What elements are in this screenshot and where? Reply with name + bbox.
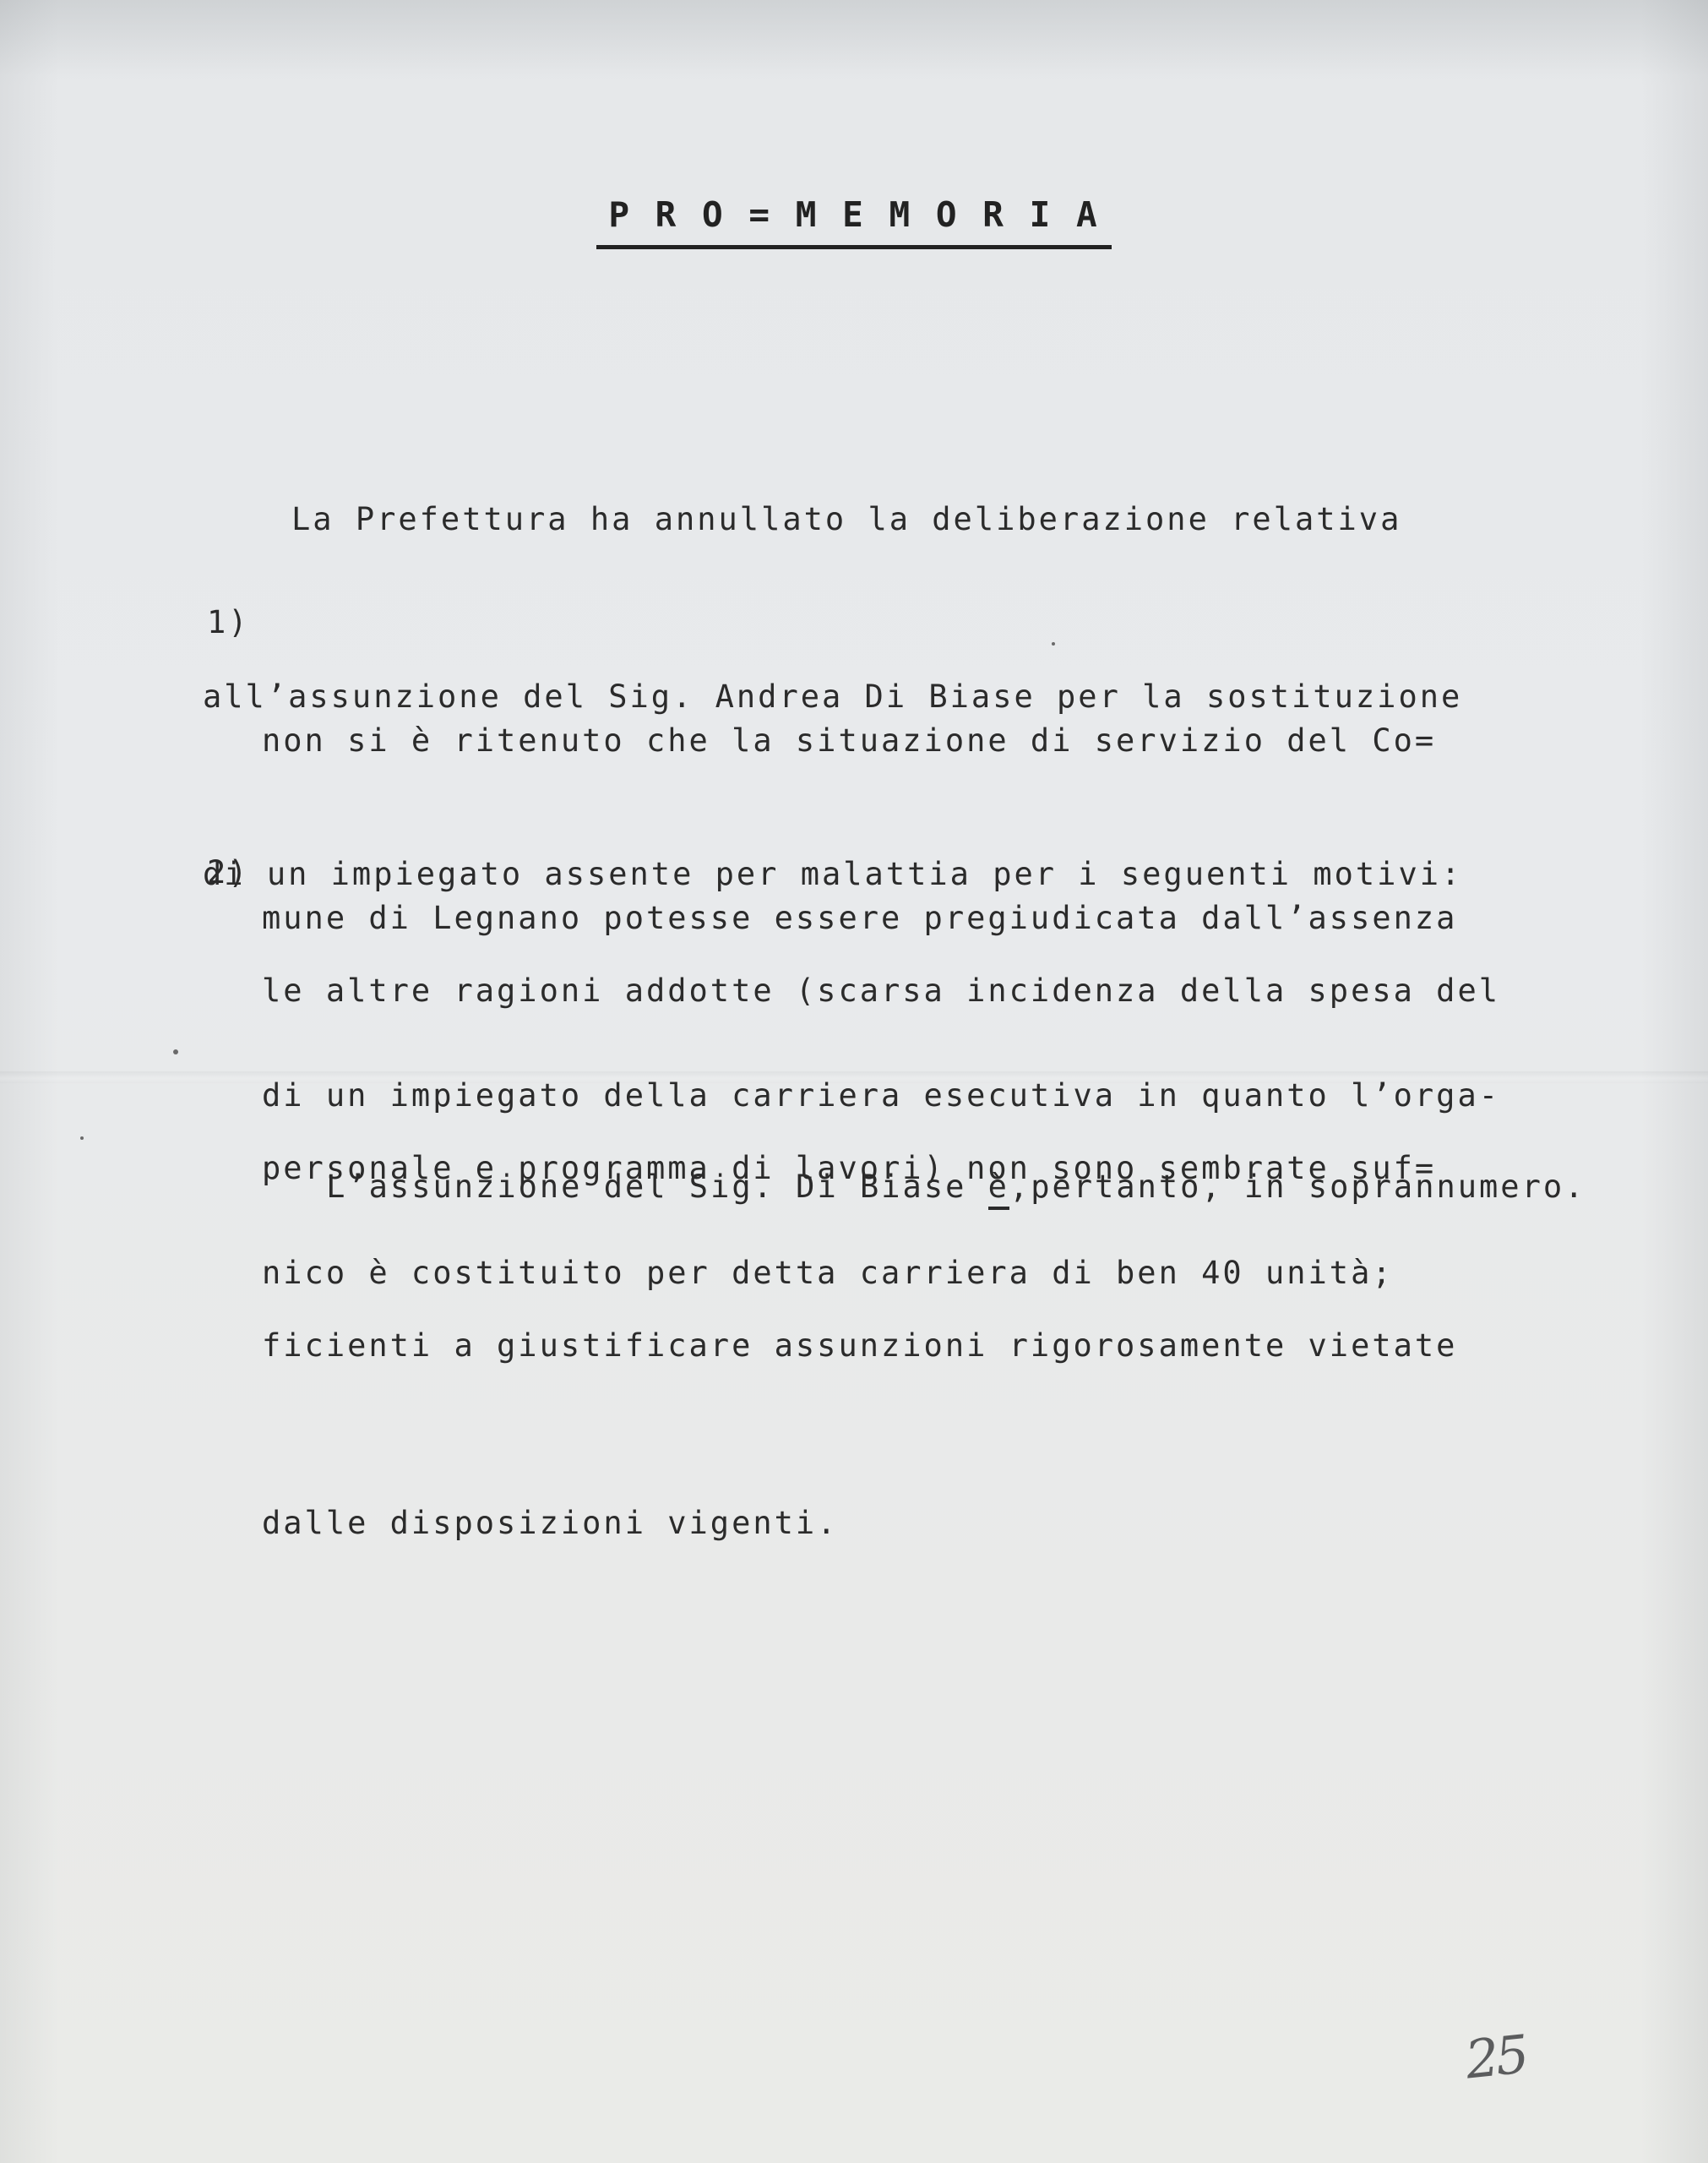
- paper-speck: [173, 1049, 178, 1054]
- item-line: dalle disposizioni vigenti.: [262, 1494, 1500, 1553]
- scan-shading-left: [0, 0, 59, 2163]
- scan-shading-top: [0, 0, 1708, 76]
- paper-speck: [80, 1136, 84, 1140]
- scanned-memo-page: P R O = M E M O R I A La Prefettura ha a…: [0, 0, 1708, 2163]
- item-line: ficienti a giustificare assunzioni rigor…: [262, 1316, 1500, 1376]
- handwritten-page-number: 25: [1462, 2023, 1528, 2090]
- memo-title: P R O = M E M O R I A: [596, 194, 1111, 249]
- list-item-1-marker: 1): [207, 593, 262, 652]
- closing-paragraph: L’assunzione del Sig. Di Biase è,pertant…: [241, 1098, 1586, 1276]
- intro-line: La Prefettura ha annullato la deliberazi…: [203, 490, 1462, 549]
- item-line: le altre ragioni addotte (scarsa inciden…: [262, 962, 1500, 1021]
- scan-shading-right: [1640, 0, 1708, 2163]
- closing-text-post: ,pertanto, in soprannumero.: [1009, 1169, 1586, 1205]
- memo-title-row: P R O = M E M O R I A: [0, 194, 1708, 249]
- item-line: non si è ritenuto che la situazione di s…: [262, 711, 1500, 771]
- closing-text-pre: L’assunzione del Sig. Di Biase: [326, 1169, 988, 1205]
- closing-underlined-letter: è: [988, 1169, 1009, 1210]
- list-item-2-marker: 2): [207, 843, 262, 902]
